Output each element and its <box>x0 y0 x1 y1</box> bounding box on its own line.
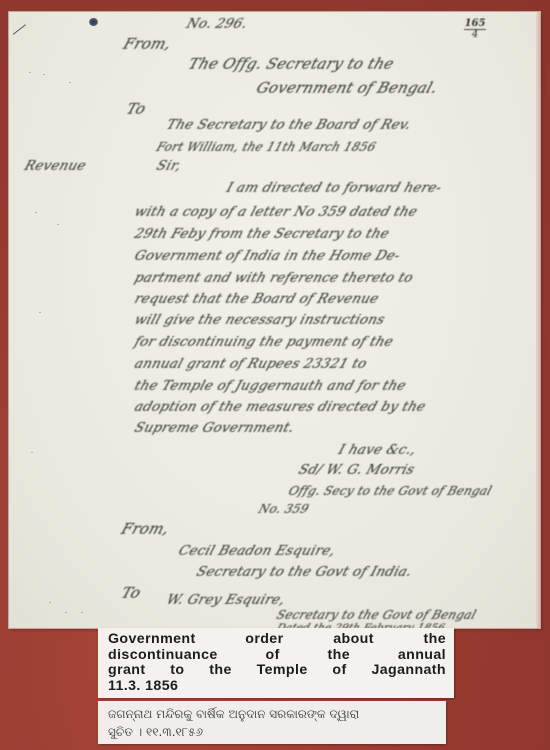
body-line: annual grant of Rupees 23321 to <box>132 356 369 372</box>
caption-line: discontinuance of the annual <box>108 648 446 664</box>
letter2-from-line1: Cecil Beadon Esquire, <box>176 543 337 559</box>
document-number: No. 296. <box>184 16 249 32</box>
letter1-signature-title: Offg. Secy to the Govt of Bengal <box>287 484 494 498</box>
caption-line: grant to the Temple of Jagannath <box>108 663 446 679</box>
body-line: adoption of the measures directed by the <box>132 399 427 415</box>
archival-letter-page: No. 296. 165 4 From, The Offg. Secretary… <box>9 12 540 628</box>
odia-caption-line: ସୁଚିତ । ୧୧.୩.୧୮୫୬ <box>108 723 438 741</box>
body-line: partment and with reference thereto to <box>132 270 415 286</box>
letter2-from-line2: Secretary to the Govt of India. <box>194 564 414 580</box>
letter1-from-label: From, <box>121 35 173 53</box>
letter1-to-line2: Fort William, the 11th March 1856 <box>155 140 378 154</box>
letter2-to-line1: W. Grey Esquire, <box>164 592 287 608</box>
folio-number: 165 4 <box>464 18 486 40</box>
body-line: Supreme Government. <box>132 420 296 436</box>
letter1-from-line2: Government of Bengal. <box>254 79 440 97</box>
margin-note: Revenue <box>22 158 88 174</box>
letter2-to-label: To <box>119 584 143 602</box>
body-line: with a copy of a letter No 359 dated the <box>132 204 419 220</box>
odia-caption-label: ଜଗନ୍ନାଥ ମନ୍ଦିରକୁ ବାର୍ଷିକ ଅନୁଦାନ ସରକାରଙ୍କ… <box>98 701 446 744</box>
letter1-signature: Sd/ W. G. Morris <box>296 462 416 478</box>
english-caption-label: Government order about the discontinuanc… <box>98 628 454 698</box>
body-line: I am directed to forward here- <box>224 180 443 196</box>
caption-date: 11.3. 1856 <box>108 679 446 695</box>
body-line: Government of India in the Home De- <box>132 248 402 264</box>
letter1-salutation: Sir, <box>154 158 183 174</box>
enclosure-number: No. 359 <box>257 502 311 516</box>
letter1-to-label: To <box>124 100 148 118</box>
body-line: 29th Feby from the Secretary to the <box>132 226 391 242</box>
letter1-from-line1: The Offg. Secretary to the <box>186 55 396 73</box>
body-line: the Temple of Juggernauth and for the <box>132 378 408 394</box>
body-line: for discontinuing the payment of the <box>132 334 395 350</box>
margin-stroke <box>13 24 26 35</box>
letter1-to-line1: The Secretary to the Board of Rev. <box>164 117 413 133</box>
letter2-from-label: From, <box>119 520 171 538</box>
letter2-to-line2: Secretary to the Govt of Bengal <box>275 608 478 622</box>
odia-caption-line: ଜଗନ୍ନାଥ ମନ୍ଦିରକୁ ବାର୍ଷିକ ଅନୁଦାନ ସରକାରଙ୍କ… <box>108 705 438 723</box>
letter1-closing: I have &c., <box>336 442 418 458</box>
caption-line: Government order about the <box>108 632 446 648</box>
ink-stamp-mark <box>89 18 98 26</box>
body-line: request that the Board of Revenue <box>132 291 381 307</box>
body-line: will give the necessary instructions <box>132 312 387 328</box>
